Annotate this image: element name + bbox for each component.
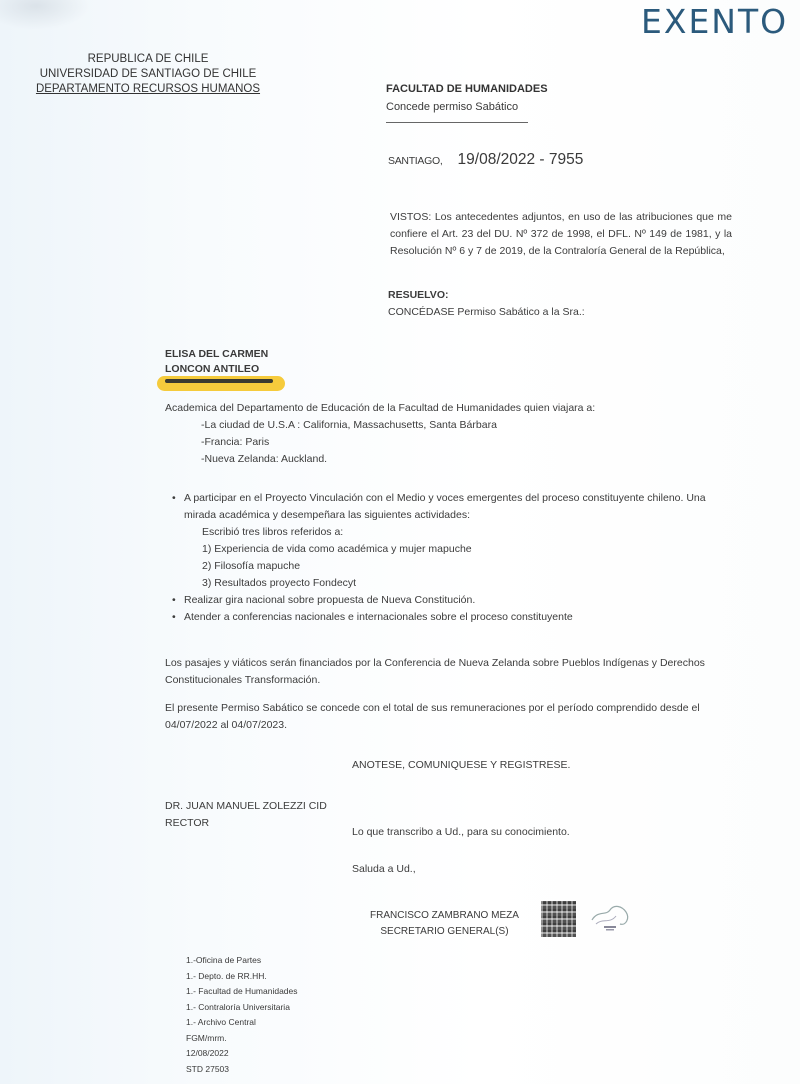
closing-formula: ANOTESE, COMUNIQUESE Y REGISTRESE. xyxy=(352,757,570,774)
redacted-id-line xyxy=(165,379,273,383)
distribution-item: 1.- Facultad de Humanidades xyxy=(186,984,298,1000)
funding-paragraph: Los pasajes y viáticos serán financiados… xyxy=(165,655,745,689)
secretary-signature: FRANCISCO ZAMBRANO MEZA SECRETARIO GENER… xyxy=(370,908,519,940)
destination-item: -Nueva Zelanda: Auckland. xyxy=(165,451,595,468)
recipient-last-names: LONCON ANTILEO xyxy=(165,363,259,375)
dateline: SANTIAGO, 19/08/2022 - 7955 xyxy=(388,151,583,169)
distribution-list: 1.-Oficina de Partes 1.- Depto. de RR.HH… xyxy=(186,953,298,1077)
transcribo-line: Lo que transcribo a Ud., para su conocim… xyxy=(352,824,570,841)
dateline-date-number: 19/08/2022 - 7955 xyxy=(458,151,584,168)
book-item: 3) Resultados proyecto Fondecyt xyxy=(172,575,732,592)
department-line: DEPARTAMENTO RECURSOS HUMANOS xyxy=(28,82,268,97)
exento-stamp: EXENTO xyxy=(641,2,788,41)
vistos-paragraph: VISTOS: Los antecedentes adjuntos, en us… xyxy=(160,209,732,260)
document-subject: Concede permiso Sabático xyxy=(386,98,548,116)
book-item: 2) Filosofía mapuche xyxy=(172,558,732,575)
resuelvo-text: CONCÉDASE Permiso Sabático a la Sra.: xyxy=(388,304,585,321)
qr-code-icon xyxy=(541,901,576,937)
books-intro: Escribió tres libros referidos a: xyxy=(172,524,732,541)
country-line: REPUBLICA DE CHILE xyxy=(28,52,268,67)
activity-bullet: Realizar gira nacional sobre propuesta d… xyxy=(172,592,732,609)
saluda-line: Saluda a Ud., xyxy=(352,861,416,878)
recipient-name: ELISA DEL CARMEN LONCON ANTILEO xyxy=(165,347,268,377)
activities-list: A participar en el Proyecto Vinculación … xyxy=(172,490,732,626)
destination-item: -La ciudad de U.S.A : California, Massac… xyxy=(165,417,595,434)
rector-name: DR. JUAN MANUEL ZOLEZZI CID xyxy=(165,798,327,815)
dateline-city: SANTIAGO, xyxy=(388,155,442,167)
signature-seal-icon xyxy=(586,902,634,934)
faculty-name: FACULTAD DE HUMANIDADES xyxy=(386,80,548,98)
destination-block: Academica del Departamento de Educación … xyxy=(165,400,595,468)
rector-signature: DR. JUAN MANUEL ZOLEZZI CID RECTOR xyxy=(165,798,327,832)
distribution-item: 1.- Archivo Central xyxy=(186,1015,298,1031)
resuelvo-label: RESUELVO: xyxy=(388,287,585,304)
position-text: Academica del Departamento de Educación … xyxy=(165,400,595,417)
institution-header: REPUBLICA DE CHILE UNIVERSIDAD DE SANTIA… xyxy=(28,52,268,97)
resuelvo-block: RESUELVO: CONCÉDASE Permiso Sabático a l… xyxy=(388,287,585,321)
secretary-title: SECRETARIO GENERAL(S) xyxy=(370,924,519,940)
subject-header: FACULTAD DE HUMANIDADES Concede permiso … xyxy=(386,80,548,123)
recipient-first-names: ELISA DEL CARMEN xyxy=(165,347,268,362)
distribution-date: 12/08/2022 xyxy=(186,1046,298,1062)
distribution-item: 1.- Contraloría Universitaria xyxy=(186,1000,298,1016)
vistos-text: Los antecedentes adjuntos, en uso de las… xyxy=(390,211,732,257)
vistos-label: VISTOS: xyxy=(390,211,431,223)
book-item: 1) Experiencia de vida como académica y … xyxy=(172,541,732,558)
activity-bullet: Atender a conferencias nacionales e inte… xyxy=(172,609,732,626)
rector-title: RECTOR xyxy=(165,815,327,832)
std-number: STD 27503 xyxy=(186,1062,298,1078)
scan-shadow xyxy=(0,0,90,30)
period-paragraph: El presente Permiso Sabático se concede … xyxy=(165,700,745,734)
distribution-item: 1.- Depto. de RR.HH. xyxy=(186,969,298,985)
distribution-item: 1.-Oficina de Partes xyxy=(186,953,298,969)
secretary-name: FRANCISCO ZAMBRANO MEZA xyxy=(370,908,519,924)
university-line: UNIVERSIDAD DE SANTIAGO DE CHILE xyxy=(28,67,268,82)
activity-bullet: A participar en el Proyecto Vinculación … xyxy=(172,490,732,524)
initials: FGM/mrm. xyxy=(186,1031,298,1047)
subject-rule xyxy=(386,122,528,123)
destination-item: -Francia: Paris xyxy=(165,434,595,451)
